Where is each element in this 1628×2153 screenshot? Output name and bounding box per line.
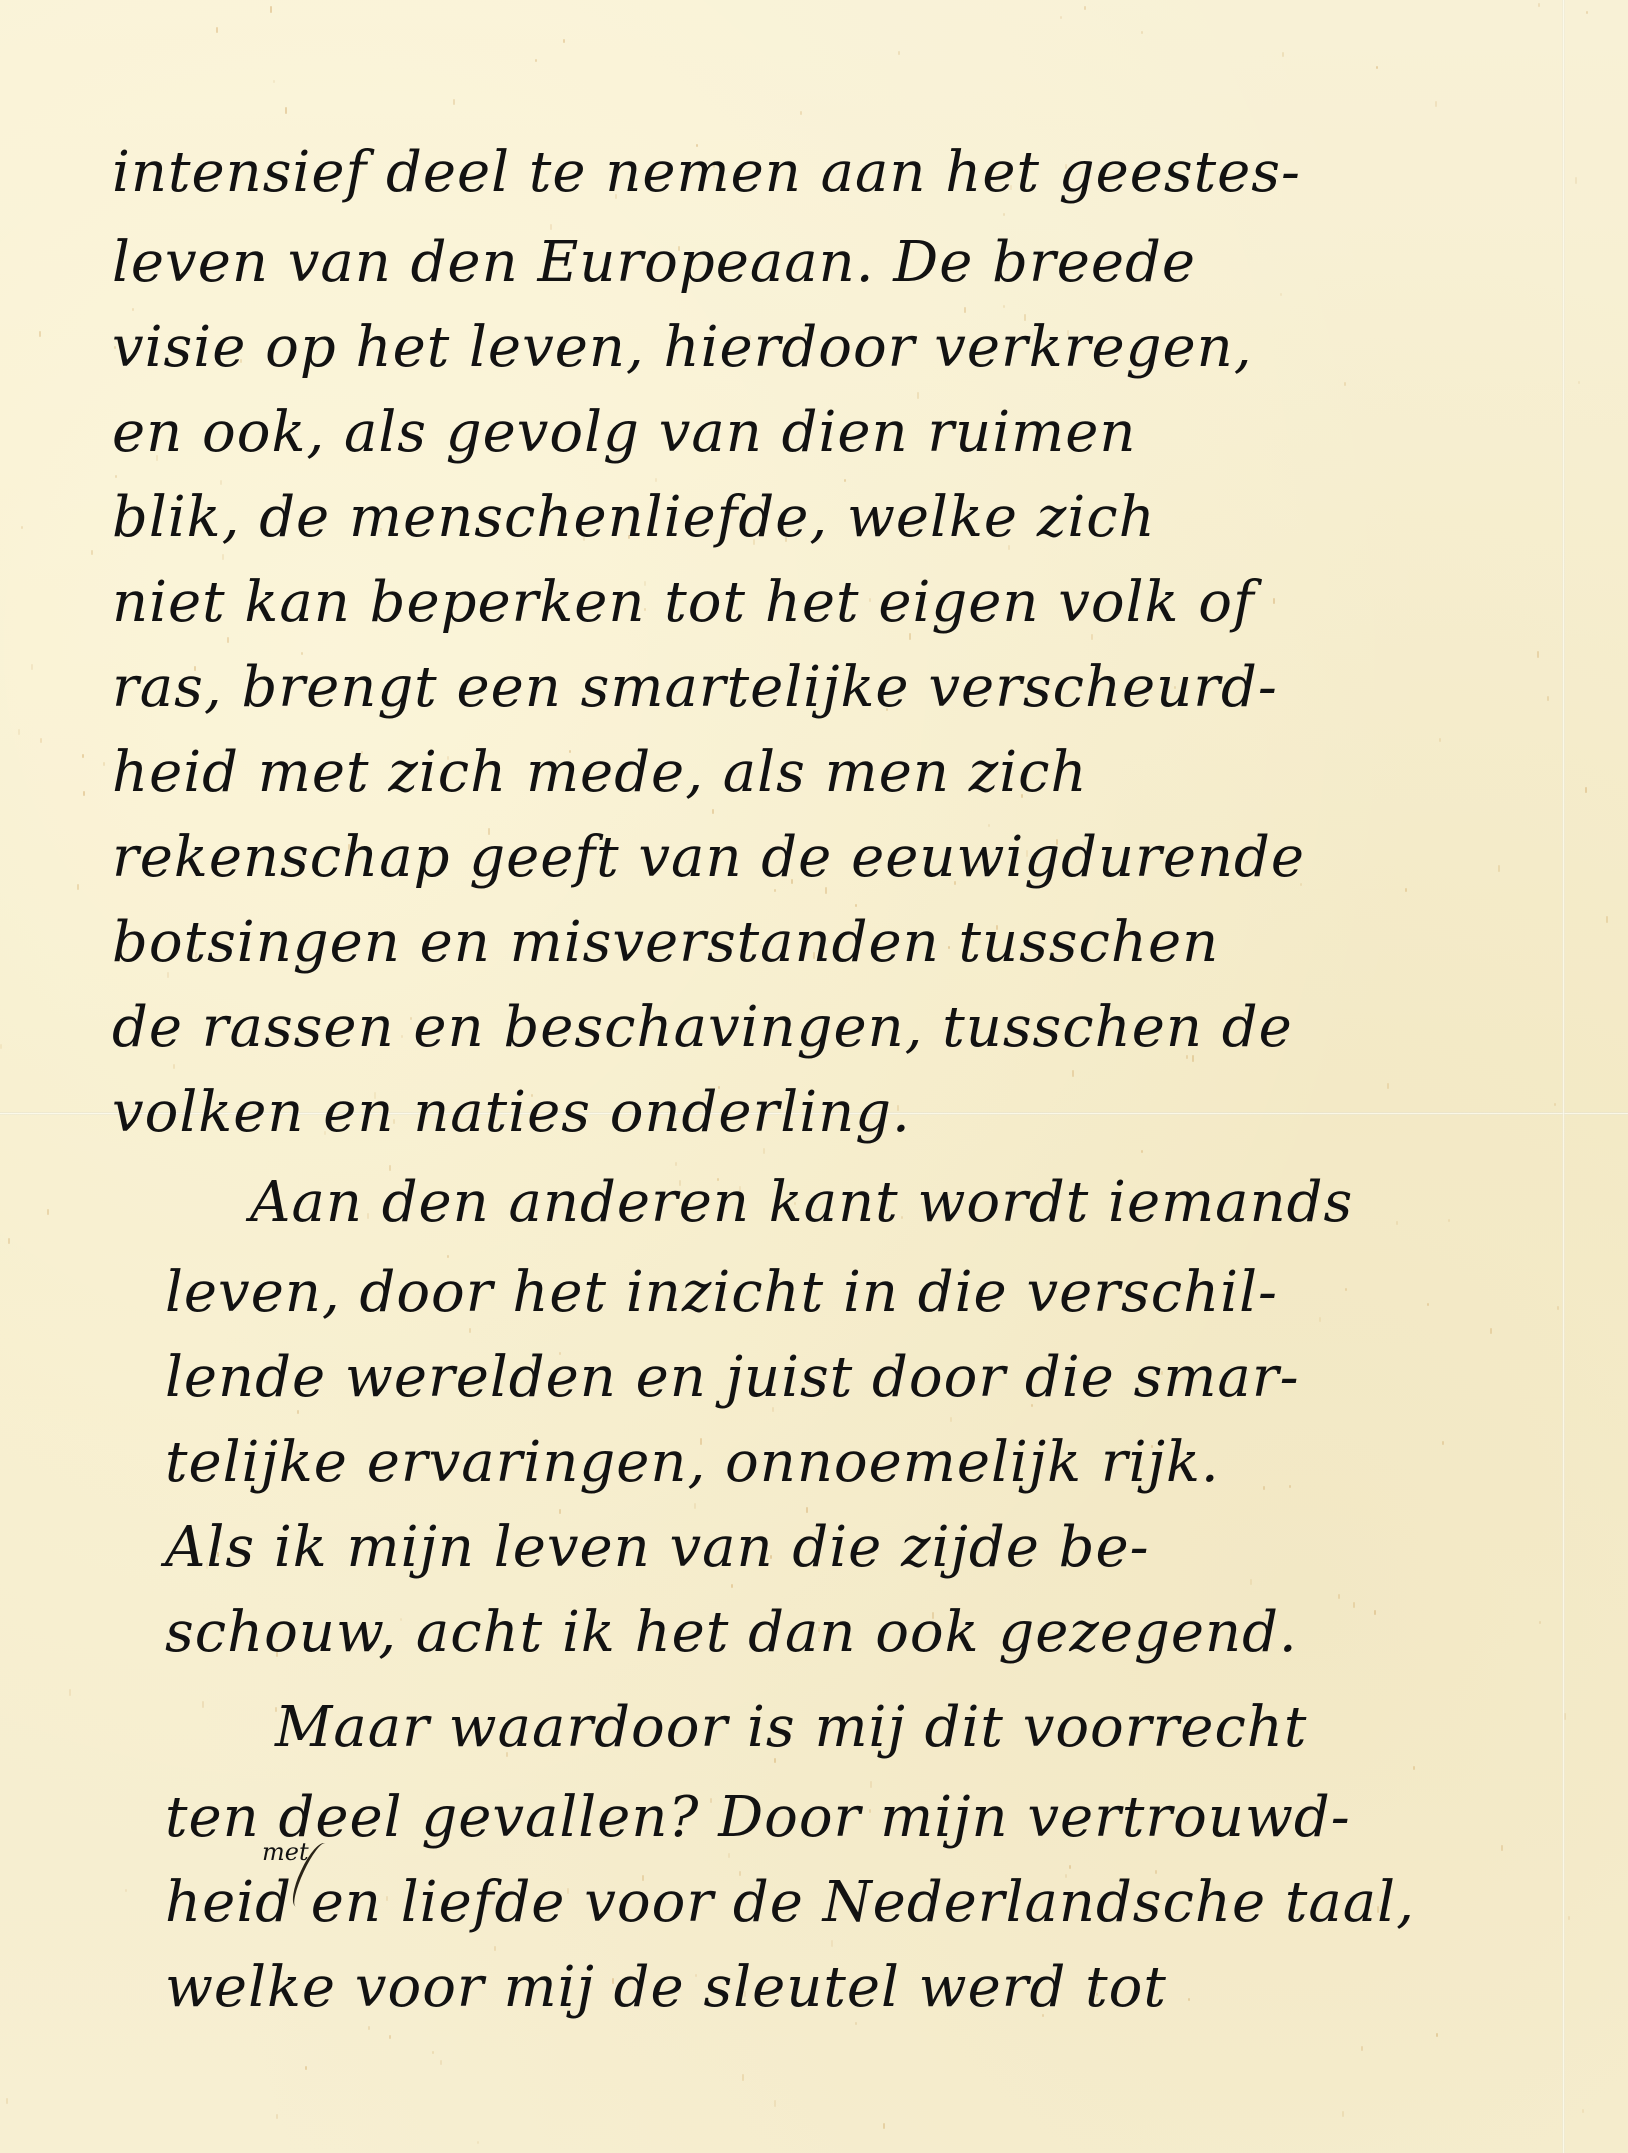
paper-speck	[1289, 1485, 1291, 1488]
paper-speck	[21, 526, 23, 529]
paper-speck	[91, 550, 93, 555]
paper-speck	[774, 2100, 776, 2107]
paragraph-3-line-2: ten deel gevallen? Door mijn vertrouwd-	[165, 1790, 1351, 1846]
paper-speck	[964, 307, 966, 313]
paper-speck	[855, 2022, 857, 2025]
letter-line-8: heid met zich mede, als men zich	[112, 745, 1088, 801]
paper-speck	[222, 554, 224, 560]
interlinear-insertion: met	[262, 1838, 309, 1866]
letter-line-4: en ook, als gevolg van dien ruimen	[112, 405, 1136, 461]
paper-speck	[883, 2123, 885, 2129]
letter-line-7: ras, brengt een smartelijke verscheurd-	[112, 660, 1278, 716]
paper-speck	[1586, 11, 1588, 14]
paragraph-2-line-2: leven, door het inzicht in die verschil-	[165, 1265, 1278, 1321]
paper-speck	[675, 1162, 677, 1166]
paper-speck	[1539, 1621, 1541, 1624]
paper-speck	[1282, 52, 1284, 57]
paper-speck	[1537, 651, 1539, 658]
paper-speck	[535, 59, 537, 62]
paper-speck	[763, 1148, 765, 1154]
paragraph-2-line-1: Aan den anderen kant wordt iemands	[250, 1175, 1353, 1231]
paper-speck	[1141, 1150, 1143, 1153]
paper-speck	[1413, 1766, 1415, 1770]
paragraph-3-line-3: heid en liefde voor de Nederlandsche taa…	[165, 1875, 1415, 1931]
paper-speck	[83, 791, 85, 796]
paper-speck	[173, 1064, 175, 1069]
paper-speck	[31, 664, 33, 670]
vertical-fold-crease	[1562, 0, 1565, 2153]
paper-speck	[276, 2114, 278, 2119]
paper-speck	[1342, 2111, 1344, 2117]
paper-speck	[1606, 916, 1608, 923]
paper-speck	[216, 27, 218, 33]
paper-speck	[898, 51, 900, 55]
paper-speck	[0, 1044, 2, 1049]
paper-speck	[1396, 1221, 1398, 1225]
paper-speck	[1345, 1288, 1347, 1291]
paper-speck	[1344, 382, 1346, 386]
paper-speck	[227, 637, 229, 643]
paragraph-3-line-1: Maar waardoor is mij dit voorrecht	[275, 1700, 1307, 1756]
paper-speck	[1554, 1103, 1556, 1106]
paper-speck	[1436, 2033, 1438, 2037]
paper-speck	[132, 308, 134, 311]
paper-speck	[18, 729, 20, 735]
paper-speck	[694, 1503, 696, 1509]
paper-speck	[1069, 1865, 1071, 1869]
paper-speck	[1338, 1594, 1340, 1599]
paper-speck	[1188, 1998, 1190, 2001]
paper-speck	[1501, 1845, 1503, 1851]
paper-speck	[447, 1255, 449, 1258]
letter-line-11: de rassen en beschavingen, tusschen de	[112, 1000, 1293, 1056]
paper-speck	[1280, 293, 1282, 296]
paper-speck	[563, 39, 565, 43]
paper-speck	[1578, 381, 1580, 384]
letter-line-12: volken en naties onderling.	[112, 1085, 911, 1141]
paper-speck	[1376, 66, 1378, 69]
paper-speck	[1435, 101, 1437, 107]
letter-line-6: niet kan beperken tot het eigen volk of	[112, 575, 1255, 631]
paper-speck	[831, 1940, 833, 1947]
paper-speck	[1387, 1083, 1389, 1089]
paper-speck	[1568, 1916, 1570, 1920]
paper-speck	[103, 762, 105, 766]
paper-speck	[1448, 1219, 1450, 1222]
letter-line-1: intensief deel te nemen aan het geestes-	[112, 145, 1301, 201]
paragraph-2-line-6: schouw, acht ik het dan ook gezegend.	[165, 1605, 1298, 1661]
paper-speck	[1319, 1317, 1321, 1322]
paper-speck	[1427, 1303, 1429, 1306]
paper-speck	[1405, 888, 1407, 892]
paper-speck	[917, 392, 919, 399]
paper-speck	[285, 107, 287, 114]
paper-speck	[844, 479, 846, 482]
paper-speck	[1585, 787, 1587, 793]
paper-speck	[6, 2098, 8, 2104]
paper-speck	[855, 904, 857, 907]
paper-speck	[432, 2051, 434, 2054]
paper-speck	[440, 2060, 442, 2065]
letter-line-2: leven van den Europeaan. De breede	[112, 235, 1196, 291]
paper-speck	[469, 1328, 471, 1333]
paper-speck	[1557, 1306, 1559, 1310]
paper-speck	[1498, 865, 1500, 872]
paper-speck	[8, 1238, 10, 1244]
paper-speck	[47, 1209, 49, 1215]
paper-speck	[1273, 598, 1275, 604]
paragraph-2-line-3: lende werelden en juist door die smar-	[165, 1350, 1300, 1406]
paper-speck	[77, 884, 79, 890]
paper-speck	[273, 80, 275, 83]
paragraph-3-line-4: welke voor mij de sleutel werd tot	[165, 1960, 1167, 2016]
paper-speck	[297, 1410, 299, 1414]
letter-line-10: botsingen en misverstanden tusschen	[112, 915, 1219, 971]
paper-speck	[1538, 3, 1540, 7]
paper-speck	[125, 1889, 127, 1892]
letter-line-9: rekenschap geeft van de eeuwigdurende	[112, 830, 1305, 886]
paper-speck	[742, 2074, 744, 2081]
paper-speck	[950, 1417, 952, 1422]
paper-speck	[806, 1507, 808, 1513]
paper-speck	[82, 754, 84, 758]
paper-speck	[731, 1584, 733, 1588]
paper-speck	[270, 6, 272, 13]
paper-speck	[1072, 1070, 1074, 1077]
paper-speck	[655, 478, 657, 482]
paper-speck	[1060, 16, 1062, 19]
paper-speck	[1490, 1328, 1492, 1334]
paper-speck	[305, 2066, 307, 2070]
paper-speck	[1547, 696, 1549, 701]
paper-speck	[477, 2141, 479, 2144]
paper-speck	[453, 99, 455, 105]
paper-speck	[1361, 2046, 1363, 2051]
paper-speck	[1439, 738, 1441, 742]
paper-speck	[728, 1853, 730, 1858]
paper-speck	[39, 331, 41, 337]
paragraph-2-line-4: telijke ervaringen, onnoemelijk rijk.	[165, 1435, 1220, 1491]
paper-speck	[800, 111, 802, 115]
paper-speck	[1353, 1602, 1355, 1608]
paragraph-2-line-5: Als ik mijn leven van die zijde be-	[165, 1520, 1150, 1576]
paper-speck	[712, 809, 714, 814]
paper-speck	[202, 1701, 204, 1708]
paper-speck	[1442, 1441, 1444, 1445]
paper-speck	[115, 475, 117, 478]
paper-speck	[69, 1689, 71, 1696]
paper-speck	[494, 1946, 496, 1951]
paper-speck	[1141, 31, 1143, 34]
paper-speck	[559, 1509, 561, 1514]
paper-speck	[389, 2035, 391, 2039]
paper-speck	[368, 2026, 370, 2030]
paper-speck	[1582, 2109, 1584, 2113]
letter-line-5: blik, de menschenliefde, welke zich	[112, 490, 1156, 546]
paper-speck	[1263, 1486, 1265, 1490]
paper-speck	[40, 738, 42, 743]
paper-speck	[1374, 1610, 1376, 1615]
paper-speck	[1003, 213, 1005, 216]
paper-speck	[1084, 6, 1086, 10]
paper-speck	[1575, 177, 1577, 184]
paper-speck	[1003, 305, 1005, 308]
letter-line-3: visie op het leven, hierdoor verkregen,	[112, 320, 1253, 376]
paper-speck	[1250, 1579, 1252, 1585]
